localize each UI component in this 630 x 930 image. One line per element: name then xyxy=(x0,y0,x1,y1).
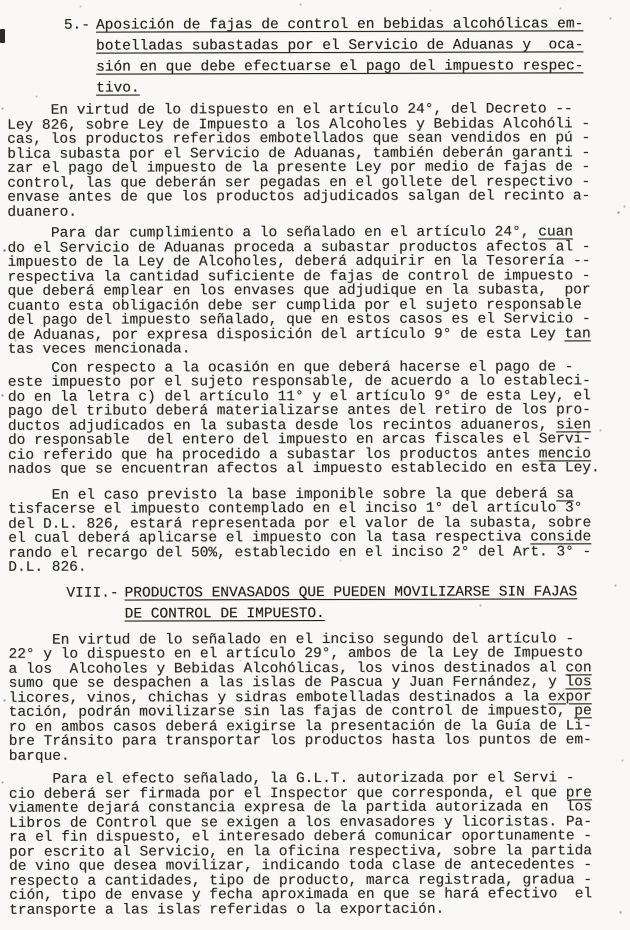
heading-number: VIII.- xyxy=(66,583,118,604)
text-line: barque. xyxy=(9,748,621,764)
hyphenation-underline: pe xyxy=(574,703,591,719)
scanned-document-page: 5.-Aposición de fajas de control en bebi… xyxy=(0,0,630,930)
text-lines: PRODUCTOS ENVASADOS QUE PUEDEN MOVILIZAR… xyxy=(125,582,578,625)
chapter-heading-viii: VIII.-PRODUCTOS ENVASADOS QUE PUEDEN MOV… xyxy=(66,582,620,625)
text-lines: En virtud de lo señalado en el inciso se… xyxy=(8,632,620,764)
text-line: nados que se encuentran afectos al impue… xyxy=(8,461,620,477)
paragraph-6: Para el efecto señalado, la G.L.T. autor… xyxy=(9,771,621,918)
text-line: duanero. xyxy=(7,204,619,220)
text-line: Aposición de fajas de control en bebidas… xyxy=(96,14,583,36)
text-line: DE CONTROL DE IMPUESTO. xyxy=(125,603,578,625)
paragraph-1: En virtud de lo dispuesto en el artículo… xyxy=(7,102,619,220)
text-line: envase antes de que los productos adjudi… xyxy=(7,189,619,205)
text-line: transporte a las islas referidas o la ex… xyxy=(9,902,621,918)
document-body: 5.-Aposición de fajas de control en bebi… xyxy=(7,14,621,918)
heading-number: 5.- xyxy=(64,16,90,37)
hyphenation-underline: cuan xyxy=(538,224,573,240)
paragraph-3: Con respecto a la ocasión en que deberá … xyxy=(8,360,620,478)
paragraph-4: En el caso previsto la base imponible so… xyxy=(8,487,620,576)
text-line: rando el recargo del 50%, establecido en… xyxy=(8,545,620,561)
text-lines: Con respecto a la ocasión en que deberá … xyxy=(8,360,620,478)
text-line: ción, tipo de envase y fecha aproximada … xyxy=(9,887,621,903)
text-line: bre Tránsito para transportar los produc… xyxy=(9,733,621,749)
text-lines: Aposición de fajas de control en bebidas… xyxy=(96,14,583,99)
text-line: sión en que debe efectuarse el pago del … xyxy=(96,56,583,78)
text-lines: En el caso previsto la base imponible so… xyxy=(8,487,620,576)
text-line: tivo. xyxy=(96,77,583,99)
paragraph-5: En virtud de lo señalado en el inciso se… xyxy=(8,632,620,764)
text-line: de Aduanas, por expresa disposición del … xyxy=(8,327,620,343)
text-lines: Para dar cumplimiento a lo señalado en e… xyxy=(7,225,619,357)
text-line: PRODUCTOS ENVASADOS QUE PUEDEN MOVILIZAR… xyxy=(125,582,578,604)
text-line: tas veces mencionada. xyxy=(8,341,620,357)
text-lines: Para el efecto señalado, la G.L.T. autor… xyxy=(9,771,621,918)
text-line: botelladas subastadas por el Servicio de… xyxy=(96,35,583,57)
paragraph-2: Para dar cumplimiento a lo señalado en e… xyxy=(7,225,619,357)
scan-noise-speckles xyxy=(0,0,1,1)
section-heading-5: 5.-Aposición de fajas de control en bebi… xyxy=(64,14,619,99)
text-line: D.L. 826. xyxy=(8,559,620,575)
hyphenation-underline: conside xyxy=(530,529,591,545)
text-lines: En virtud de lo dispuesto en el artículo… xyxy=(7,102,619,220)
hyphenation-underline: tan xyxy=(565,326,591,342)
scan-edge-artifact xyxy=(0,29,5,43)
